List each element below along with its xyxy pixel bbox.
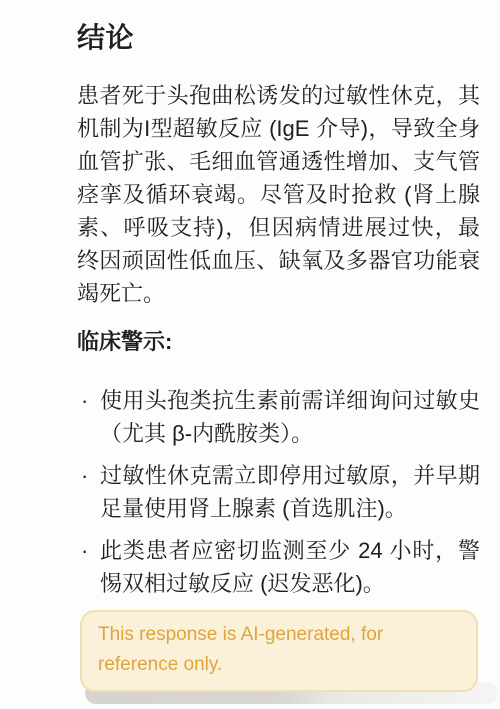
list-item-text: 使用头孢类抗生素前需详细询问过敏史（尤其 β-内酰胺类）。: [100, 384, 480, 450]
response-content: 结论 患者死于头孢曲松诱发的过敏性休克，其机制为I型超敏反应 (IgE 介导)，…: [0, 0, 500, 692]
clinical-warning-list: · 使用头孢类抗生素前需详细询问过敏史（尤其 β-内酰胺类）。 · 过敏性休克需…: [77, 384, 480, 600]
list-item: · 使用头孢类抗生素前需详细询问过敏史（尤其 β-内酰胺类）。: [77, 384, 480, 450]
clinical-warning-heading: 临床警示:: [77, 325, 480, 358]
conclusion-heading: 结论: [77, 22, 480, 53]
bullet-icon: ·: [77, 459, 100, 525]
ai-disclaimer-text: This response is AI-generated, for refer…: [98, 624, 383, 675]
conclusion-paragraph: 患者死于头孢曲松诱发的过敏性休克，其机制为I型超敏反应 (IgE 介导)，导致全…: [77, 79, 480, 310]
list-item: · 过敏性休克需立即停用过敏原，并早期足量使用肾上腺素 (首选肌注)。: [77, 459, 480, 525]
list-item-text: 此类患者应密切监测至少 24 小时，警惕双相过敏反应 (迟发恶化)。: [100, 534, 480, 600]
bullet-icon: ·: [77, 384, 100, 450]
list-item-text: 过敏性休克需立即停用过敏原，并早期足量使用肾上腺素 (首选肌注)。: [100, 459, 480, 525]
ai-disclaimer-banner: This response is AI-generated, for refer…: [80, 610, 478, 692]
list-item: · 此类患者应密切监测至少 24 小时，警惕双相过敏反应 (迟发恶化)。: [77, 534, 480, 600]
bullet-icon: ·: [77, 534, 100, 600]
